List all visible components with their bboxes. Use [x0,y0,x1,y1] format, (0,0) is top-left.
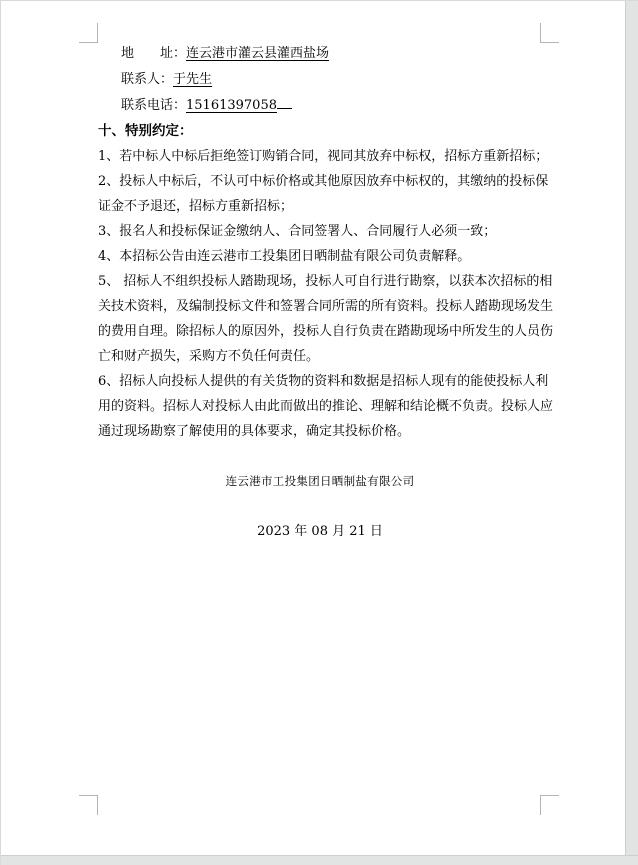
address-label: 地 址： [121,46,186,61]
crop-mark-top-left-icon [79,42,98,43]
clause-2-line: 证金不予退还，招标方重新招标； [98,194,542,219]
phone-underline-tail [277,96,292,109]
crop-mark-bottom-right-icon [540,795,541,815]
signature-company: 连云港市工投集团日晒制盐有限公司 [98,469,542,494]
clause-5-line: 5、 招标人不组织投标人踏勘现场，投标人可自行进行勘察，以获本次招标的相 [98,269,542,294]
clause-5-line: 关技术资料，及编制投标文件和签署合同所需的所有资料。投标人踏勘现场发生 [98,294,542,319]
clause-3-line: 3、报名人和投标保证金缴纳人、合同签署人、合同履行人必须一致； [98,219,542,244]
phone-label: 联系电话： [121,98,186,113]
clause-4-line: 4、本招标公告由连云港市工投集团日晒制盐有限公司负责解释。 [98,244,542,269]
crop-mark-bottom-left-icon [79,795,98,796]
window-edge-right [625,1,638,865]
contact-person-value: 于先生 [173,72,212,87]
address-value: 连云港市灌云县灌西盐场 [186,46,329,61]
crop-mark-bottom-left-icon [97,795,98,815]
clause-6-line: 用的资料。招标人对投标人由此而做出的推论、理解和结论概不负责。投标人应 [98,394,542,419]
phone-value: 15161397058 [186,98,277,113]
clause-6-line: 6、招标人向投标人提供的有关货物的资料和数据是招标人现有的能使投标人利 [98,369,542,394]
contact-person-label: 联系人： [121,72,173,87]
phone-line: 联系电话：15161397058 [98,93,542,119]
clause-6-line: 通过现场勘察了解使用的具体要求，确定其投标价格。 [98,419,542,444]
contact-person-line: 联系人：于先生 [98,67,542,93]
crop-mark-bottom-right-icon [540,795,559,796]
blank-line [98,444,542,469]
clause-1-line: 1、若中标人中标后拒绝签订购销合同，视同其放弃中标权，招标方重新招标； [98,144,542,169]
document-page: 地 址：连云港市灌云县灌西盐场 联系人：于先生 联系电话：15161397058… [0,0,638,865]
section-heading: 十、特别约定： [98,119,542,144]
crop-mark-top-left-icon [97,23,98,43]
crop-mark-top-right-icon [540,42,559,43]
clause-5-line: 的费用自理。除招标人的原因外，投标人自行负责在踏勘现场中所发生的人员伤 [98,319,542,344]
blank-line [98,494,542,519]
address-line: 地 址：连云港市灌云县灌西盐场 [98,41,542,67]
clause-2-line: 2、投标人中标后，不认可中标价格或其他原因放弃中标权的，其缴纳的投标保 [98,169,542,194]
document-body: 地 址：连云港市灌云县灌西盐场 联系人：于先生 联系电话：15161397058… [98,41,542,544]
clause-5-line: 亡和财产损失，采购方不负任何责任。 [98,344,542,369]
crop-mark-top-right-icon [540,23,541,43]
window-edge-bottom [1,855,638,865]
signature-date: 2023 年 08 月 21 日 [98,519,542,544]
